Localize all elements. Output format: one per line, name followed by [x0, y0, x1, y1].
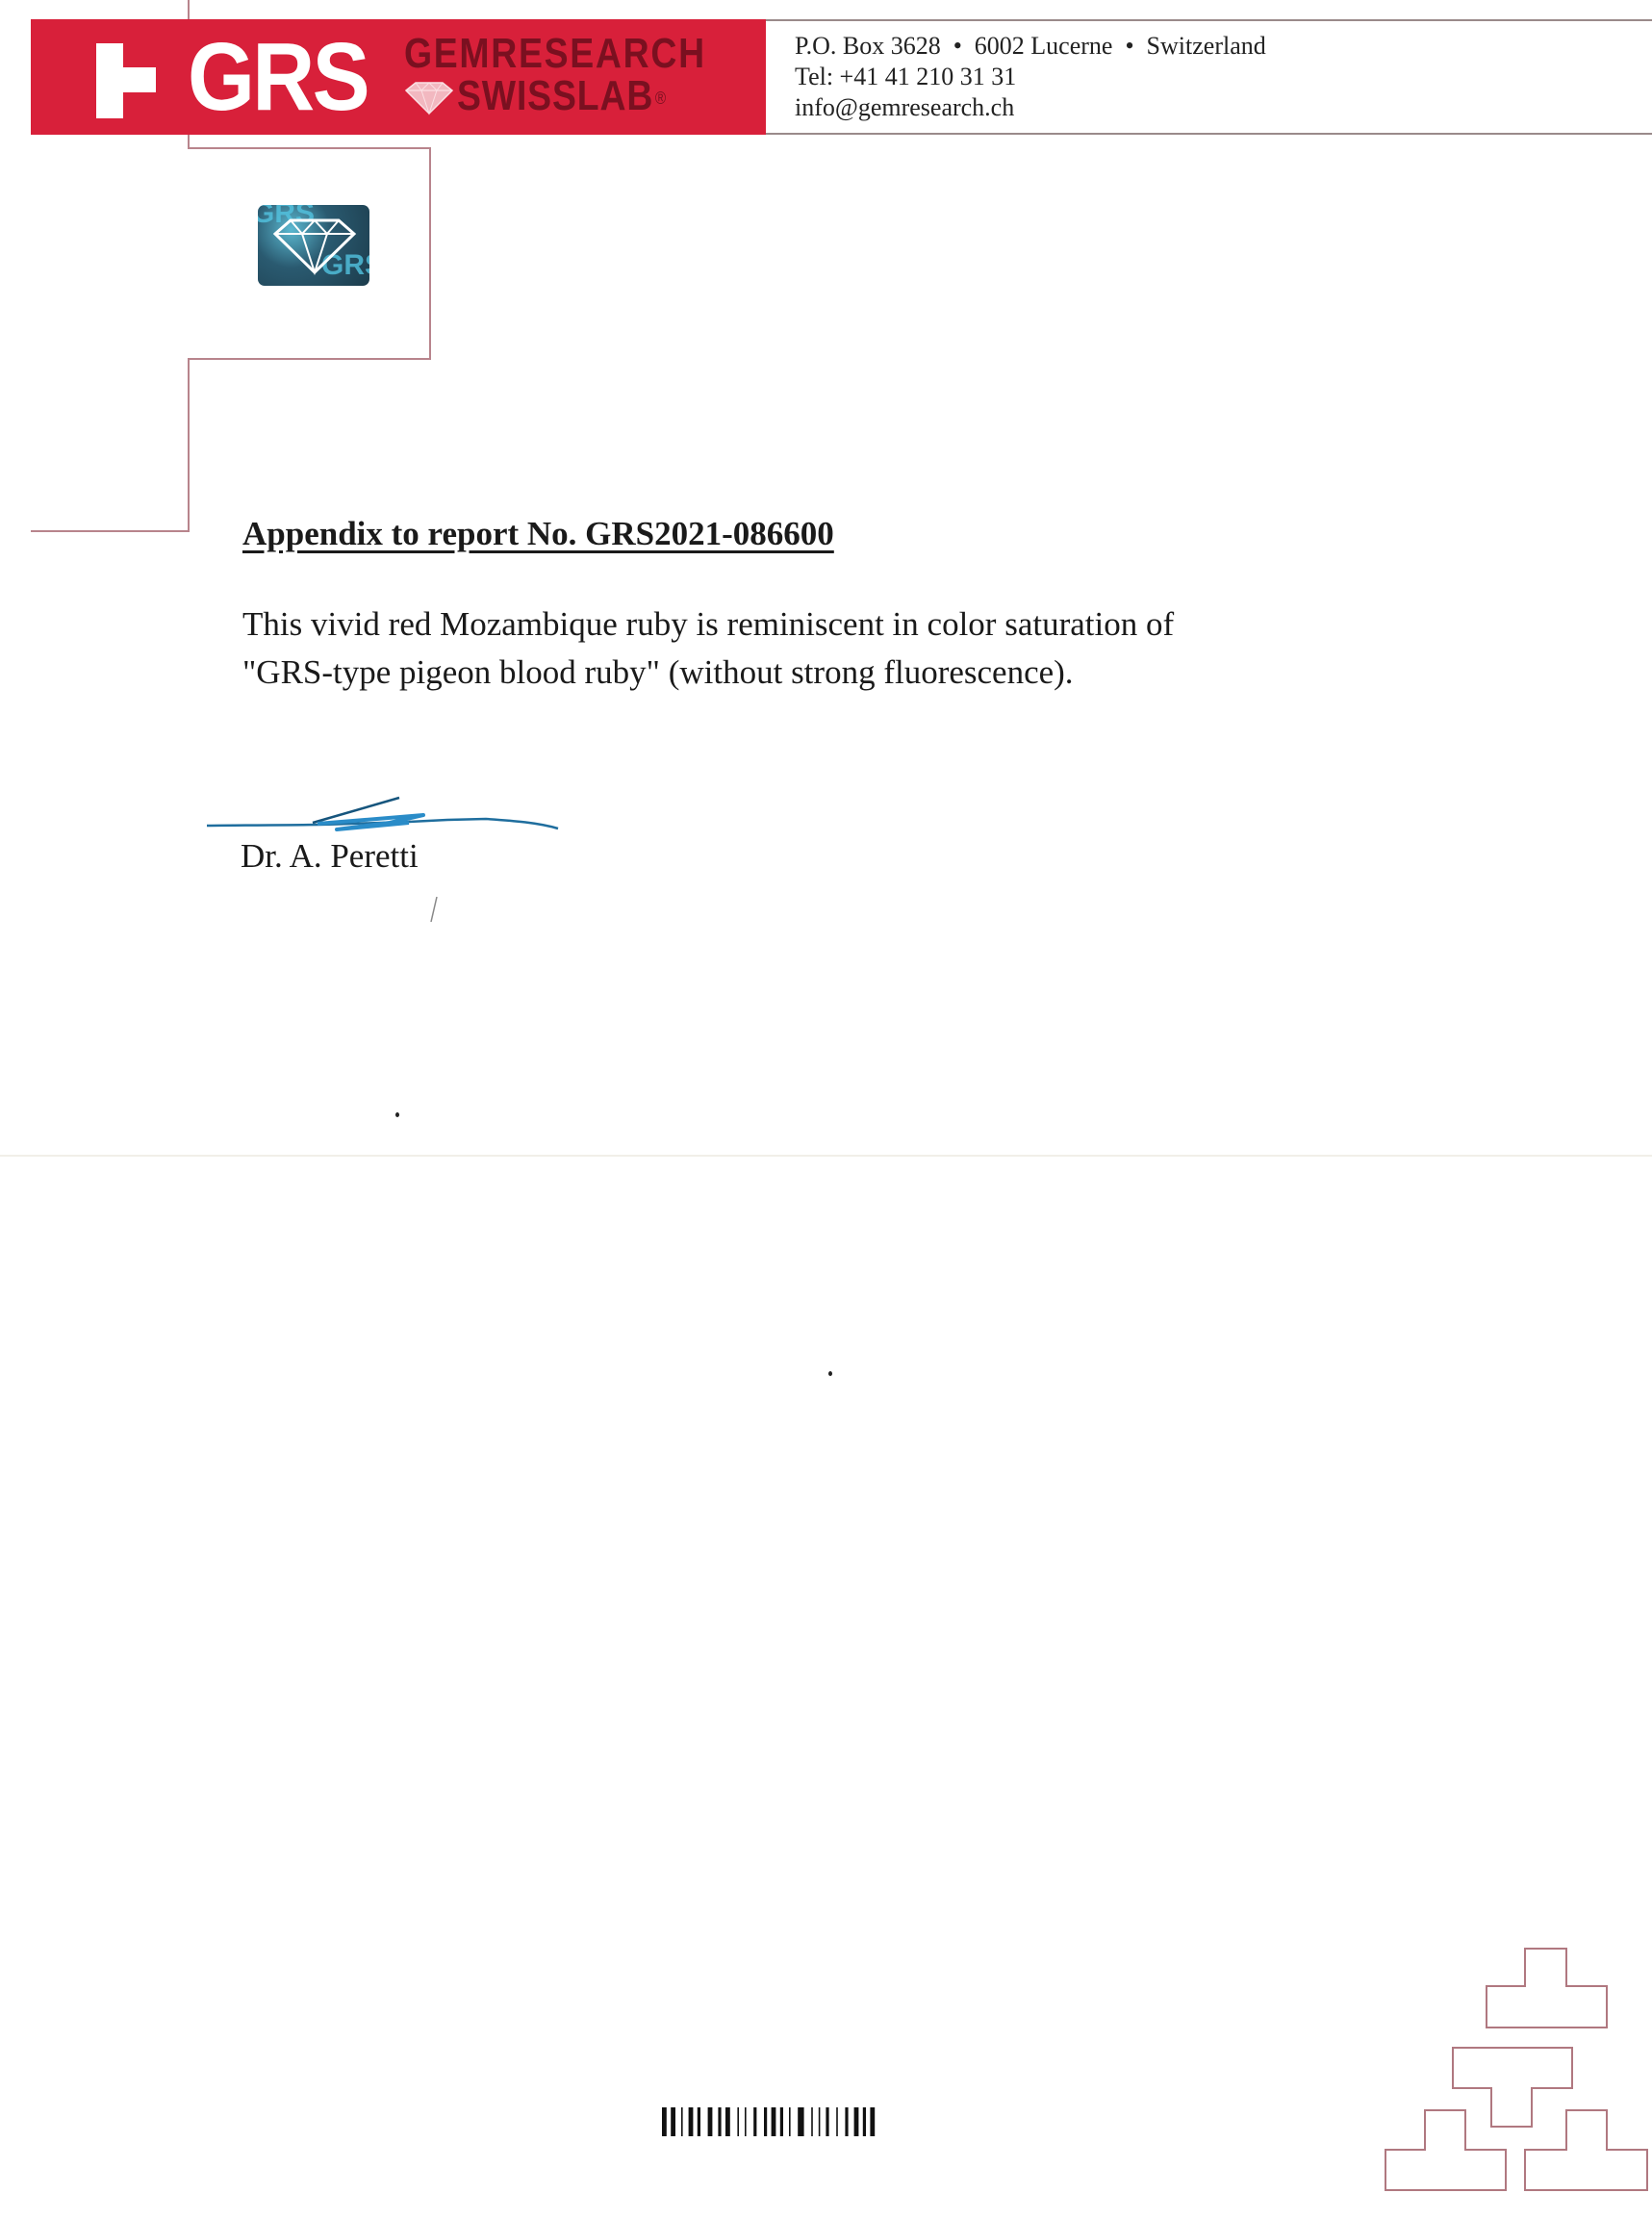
hologram-seal: GRS GRS — [258, 205, 369, 286]
deco-line — [429, 147, 431, 359]
appendix-paragraph: This vivid red Mozambique ruby is remini… — [242, 600, 1493, 697]
brand-line-swisslab: SWISSLAB® — [457, 75, 667, 119]
telephone: Tel: +41 41 210 31 31 — [795, 62, 1266, 92]
deco-line — [188, 0, 190, 19]
deco-line — [31, 530, 190, 532]
deco-line — [188, 147, 430, 149]
barcode-icon — [662, 2107, 1004, 2136]
paragraph-line: This vivid red Mozambique ruby is remini… — [242, 600, 1493, 649]
ink-speck — [828, 1371, 832, 1376]
brand-logo-text: GRS — [188, 29, 368, 125]
ink-speck — [395, 1112, 399, 1117]
swisslab-text: SWISSLAB — [457, 72, 653, 119]
email: info@gemresearch.ch — [795, 92, 1266, 123]
deco-line — [188, 135, 190, 148]
diamond-icon — [271, 215, 358, 276]
postal-address: P.O. Box 3628 • 6002 Lucerne • Switzerla… — [795, 31, 1266, 62]
swiss-cross-icon — [96, 43, 156, 118]
pen-mark — [428, 895, 440, 924]
registered-mark: ® — [655, 89, 667, 108]
appendix-title: Appendix to report No. GRS2021-086600 — [242, 513, 834, 555]
swiss-cross-pattern-icon — [1376, 1939, 1652, 2199]
deco-line — [188, 358, 431, 360]
signer-name: Dr. A. Peretti — [241, 835, 419, 878]
deco-line — [188, 358, 190, 531]
paper-fold-line — [0, 1155, 1652, 1157]
brand-line-gemresearch: GEMRESEARCH — [404, 33, 706, 75]
diamond-icon — [404, 81, 454, 115]
paragraph-line: "GRS-type pigeon blood ruby" (without st… — [242, 649, 1493, 697]
contact-address: P.O. Box 3628 • 6002 Lucerne • Switzerla… — [795, 31, 1266, 123]
